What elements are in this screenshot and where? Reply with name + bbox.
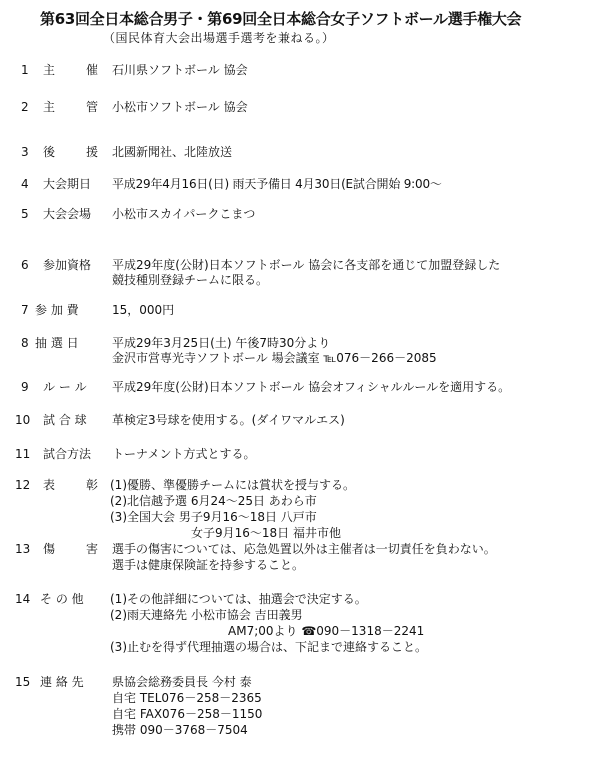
item-number: 7 bbox=[21, 303, 29, 318]
item-value: 選手の傷害については、応急処置以外は主催者は一切責任を負わない。 bbox=[112, 542, 496, 557]
item-value: 平成29年4月16日(日) 雨天予備日 4月30日(E試合開始 9:00～ bbox=[112, 177, 442, 192]
item-label: 主 bbox=[43, 100, 55, 115]
item-label: 大会期日 bbox=[43, 177, 91, 192]
item-label: ル ー ル bbox=[43, 380, 87, 395]
item-value: 自宅 TEL076－258－2365 bbox=[112, 691, 262, 706]
item-value: 平成29年度(公財)日本ソフトボール 協会オフィシャルルールを適用する。 bbox=[112, 380, 510, 395]
item-value: 女子9月16～18日 福井市他 bbox=[191, 526, 341, 541]
item-number: 1 bbox=[21, 63, 29, 78]
item-number: 11 bbox=[15, 447, 30, 462]
item-value: (1)その他詳細については、抽選会で決定する。 bbox=[110, 592, 367, 607]
item-value: (2)雨天連絡先 小松市協会 吉田義男 bbox=[110, 608, 303, 623]
item-number: 14 bbox=[15, 592, 30, 607]
item-label: 催 bbox=[86, 63, 98, 78]
item-value: 北國新聞社、北陸放送 bbox=[112, 145, 232, 160]
item-number: 9 bbox=[21, 380, 29, 395]
item-label: 管 bbox=[86, 100, 98, 115]
item-value: 選手は健康保険証を持参すること。 bbox=[112, 558, 304, 573]
item-label: 主 bbox=[43, 63, 55, 78]
item-number: 5 bbox=[21, 207, 29, 222]
item-number: 8 bbox=[21, 336, 29, 351]
item-label: 参 加 費 bbox=[35, 303, 79, 318]
item-label: 援 bbox=[86, 145, 98, 160]
item-value: 小松市ソフトボール 協会 bbox=[112, 100, 248, 115]
item-value: 革検定3号球を使用する。(ダイワマルエス) bbox=[112, 413, 345, 428]
item-label: 傷 bbox=[43, 542, 55, 557]
item-label: 連 絡 先 bbox=[40, 675, 84, 690]
item-label: そ の 他 bbox=[40, 592, 84, 607]
document-title: 第63回全日本総合男子・第69回全日本総合女子ソフトボール選手権大会 bbox=[40, 8, 521, 29]
item-label: 大会会場 bbox=[43, 207, 91, 222]
item-label: 抽 選 日 bbox=[35, 336, 79, 351]
item-value: 15，000円 bbox=[112, 303, 174, 318]
item-value: 携帯 090－3768－7504 bbox=[112, 723, 248, 738]
item-value: 石川県ソフトボール 協会 bbox=[112, 63, 248, 78]
item-value: (3)止むを得ず代理抽選の場合は、下記まで連絡すること。 bbox=[110, 640, 427, 655]
item-label: 後 bbox=[43, 145, 55, 160]
item-number: 12 bbox=[15, 478, 30, 493]
item-number: 3 bbox=[21, 145, 29, 160]
item-number: 4 bbox=[21, 177, 29, 192]
item-number: 13 bbox=[15, 542, 30, 557]
item-value: トーナメント方式とする。 bbox=[112, 447, 256, 462]
item-label: 試 合 球 bbox=[43, 413, 87, 428]
item-value: 金沢市営専光寺ソフトボール 場会議室 ℡076－266－2085 bbox=[112, 351, 437, 366]
item-number: 10 bbox=[15, 413, 30, 428]
item-value: 平成29年3月25日(土) 午後7時30分より bbox=[112, 336, 330, 351]
item-number: 6 bbox=[21, 258, 29, 273]
item-value: (1)優勝、準優勝チームには賞状を授与する。 bbox=[110, 478, 355, 493]
item-value: 競技種別登録チームに限る。 bbox=[112, 273, 268, 288]
item-value: 小松市スカイパークこまつ bbox=[112, 207, 255, 222]
item-value: 自宅 FAX076－258－1150 bbox=[112, 707, 262, 722]
item-label: 試合方法 bbox=[43, 447, 91, 462]
item-value: AM7;00より ☎090－1318－2241 bbox=[228, 624, 424, 639]
item-label: 参加資格 bbox=[43, 258, 91, 273]
item-label: 彰 bbox=[86, 478, 98, 493]
item-value: 平成29年度(公財)日本ソフトボール 協会に各支部を通じて加盟登録した bbox=[112, 258, 500, 273]
document-subtitle: （国民体育大会出場選手選考を兼ねる。） bbox=[103, 29, 335, 46]
item-value: (3)全国大会 男子9月16～18日 八戸市 bbox=[110, 510, 317, 525]
item-value: (2)北信越予選 6月24～25日 あわら市 bbox=[110, 494, 317, 509]
item-label: 害 bbox=[86, 542, 98, 557]
item-label: 表 bbox=[43, 478, 55, 493]
item-number: 2 bbox=[21, 100, 29, 115]
item-number: 15 bbox=[15, 675, 30, 690]
item-value: 県協会総務委員長 今村 泰 bbox=[112, 675, 252, 690]
